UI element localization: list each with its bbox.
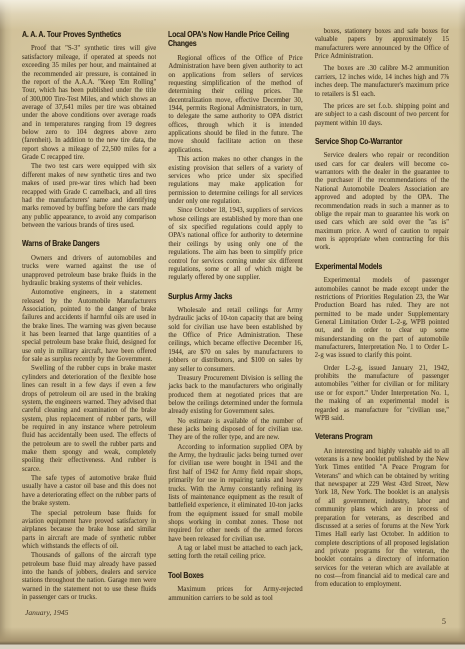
section-heading: Warns of Brake Dangers xyxy=(22,239,156,248)
paragraph: An interesting and highly valuable aid t… xyxy=(315,448,449,590)
paragraph: A tag or label must be attached to each … xyxy=(168,545,302,562)
paragraph: Treasury Procurement Division is selling… xyxy=(168,375,302,417)
paragraph: The two test cars were equipped with six… xyxy=(22,163,156,230)
issue-date: January, 1945 xyxy=(25,608,68,617)
paragraph: This action makes no other changes in th… xyxy=(168,156,302,206)
paragraph: Service dealers who repair or reconditio… xyxy=(315,152,449,252)
paragraph: Automotive engineers, in a statement rel… xyxy=(22,289,156,364)
section-heading: Veterans Program xyxy=(315,432,449,441)
paragraph: Experimental models of passenger automob… xyxy=(315,277,449,361)
page-number: 5 xyxy=(442,617,446,626)
paragraph: The safe types of automotive brake fluid… xyxy=(22,475,156,508)
paragraph: Proof that "S-3" synthetic tires will gi… xyxy=(22,45,156,162)
paragraph: Thousands of gallons of the aircraft typ… xyxy=(22,552,156,602)
paragraph: Wholesale and retail ceilings for Army h… xyxy=(168,307,302,374)
column-2: Local OPA's Now Handle Price Ceiling Cha… xyxy=(168,28,302,603)
column-1: A. A. A. Tour Proves SyntheticsProof tha… xyxy=(22,28,156,603)
paragraph: Owners and drivers of automobiles and tr… xyxy=(22,255,156,288)
paragraph: Swelling of the rubber cups in brake mas… xyxy=(22,365,156,474)
paragraph: Maximum prices for Army-rejected ammunit… xyxy=(168,586,302,603)
paragraph: No estimate is available of the number o… xyxy=(168,418,302,443)
column-3: boxes, stationery boxes and safe boxes f… xyxy=(315,28,449,603)
section-heading: Experimental Models xyxy=(315,262,449,271)
paragraph: The special petroleum base fluids for av… xyxy=(22,510,156,552)
paragraph: The boxes are .30 calibre M-2 ammunition… xyxy=(315,65,449,98)
paragraph: Order L-2-g, issued January 21, 1942, pr… xyxy=(315,365,449,424)
paragraph: Since October 18, 1943, suppliers of ser… xyxy=(168,207,302,282)
section-heading: Surplus Army Jacks xyxy=(168,292,302,301)
section-heading: Local OPA's Now Handle Price Ceiling Cha… xyxy=(168,30,302,49)
paragraph: boxes, stationery boxes and safe boxes f… xyxy=(315,28,449,61)
section-heading: Service Shop Co-Warrantor xyxy=(315,137,449,146)
columns: A. A. A. Tour Proves SyntheticsProof tha… xyxy=(22,28,449,603)
section-heading: A. A. A. Tour Proves Synthetics xyxy=(22,30,156,39)
section-heading: Tool Boxes xyxy=(168,571,302,580)
magazine-page: A. A. A. Tour Proves SyntheticsProof tha… xyxy=(0,0,465,649)
paragraph: According to information supplied OPA by… xyxy=(168,444,302,544)
paragraph: Regional offices of the Office of Price … xyxy=(168,55,302,155)
paragraph: The prices are set f.o.b. shipping point… xyxy=(315,103,449,128)
